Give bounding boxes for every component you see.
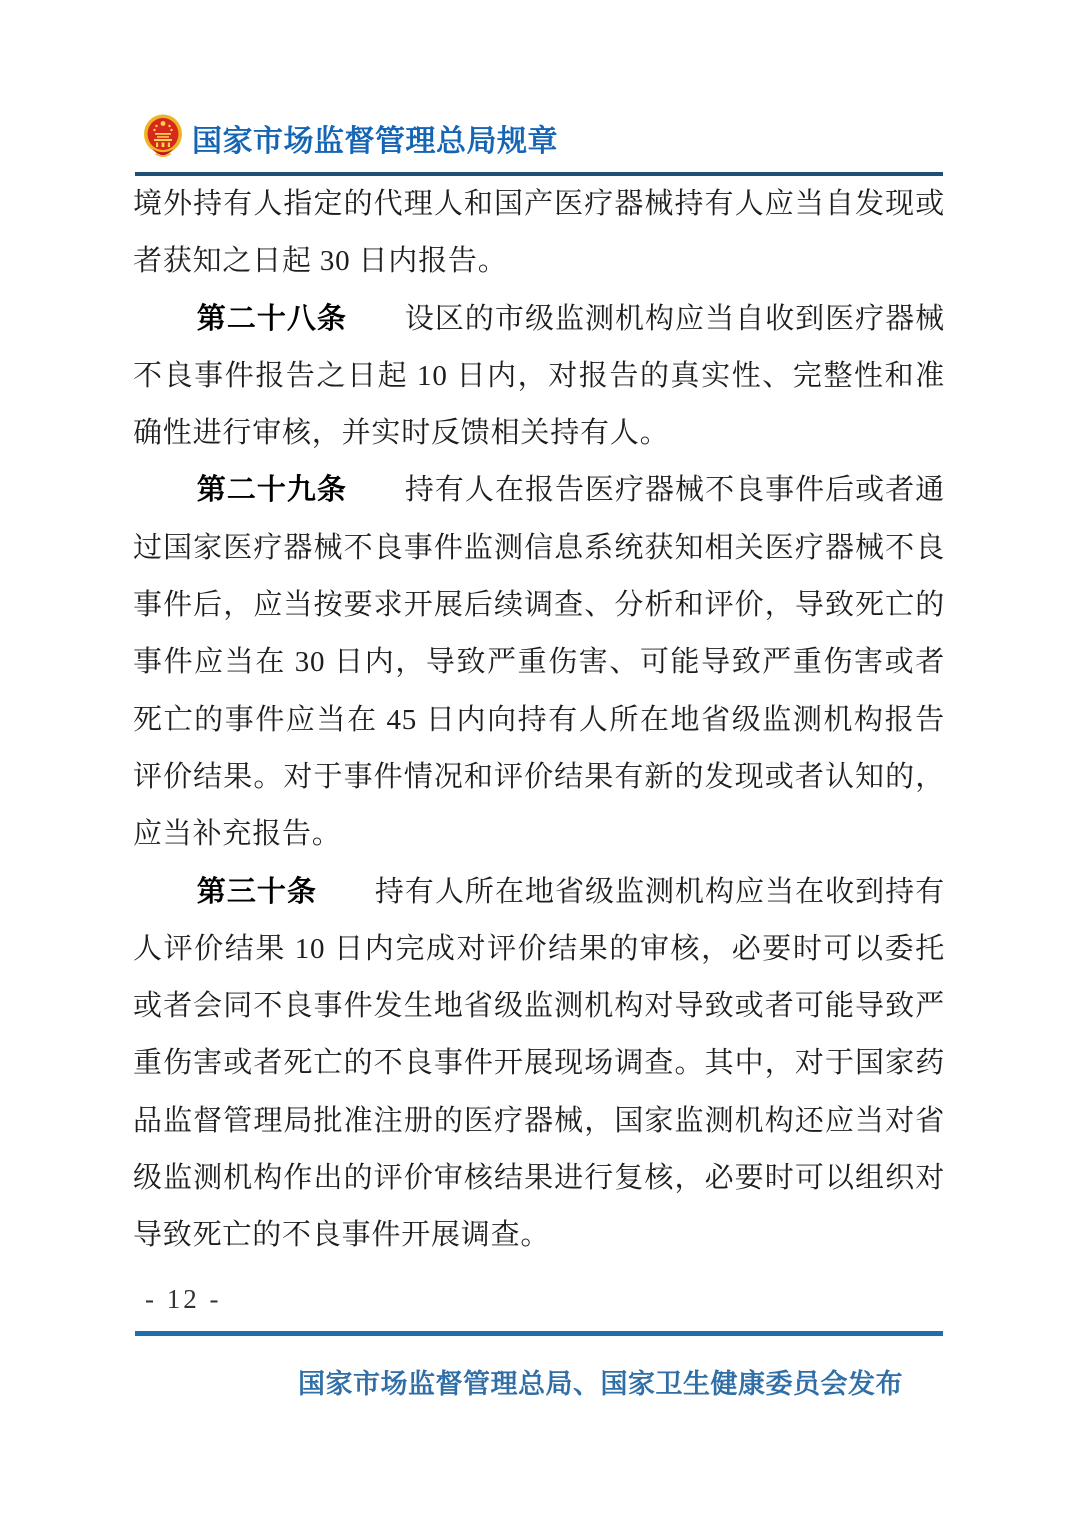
- page-title: 国家市场监督管理总局规章: [192, 116, 558, 160]
- national-emblem-icon: [143, 114, 183, 162]
- document-body: 境外持有人指定的代理人和国产医疗器械持有人应当自发现或者获知之日起 30 日内报…: [133, 176, 945, 1265]
- publisher-line: 国家市场监督管理总局、国家卫生健康委员会发布: [135, 1362, 943, 1401]
- paragraph-article-29: 第二十九条持有人在报告医疗器械不良事件后或者通过国家医疗器械不良事件监测信息系统…: [133, 462, 945, 863]
- document-page: 国家市场监督管理总局规章 境外持有人指定的代理人和国产医疗器械持有人应当自发现或…: [0, 0, 1074, 1520]
- article-number: 第三十条: [197, 876, 317, 908]
- paragraph-continuation: 境外持有人指定的代理人和国产医疗器械持有人应当自发现或者获知之日起 30 日内报…: [133, 176, 945, 291]
- paragraph-text: 境外持有人指定的代理人和国产医疗器械持有人应当自发现或者获知之日起 30 日内报…: [133, 188, 945, 277]
- document-header: 国家市场监督管理总局规章: [143, 114, 558, 162]
- paragraph-article-28: 第二十八条设区的市级监测机构应当自收到医疗器械不良事件报告之日起 10 日内，对…: [133, 291, 945, 463]
- article-number: 第二十八条: [197, 303, 347, 335]
- page-number: - 12 -: [145, 1284, 221, 1315]
- paragraph-text: 持有人所在地省级监测机构应当在收到持有人评价结果 10 日内完成对评价结果的审核…: [133, 876, 945, 1252]
- paragraph-text: 持有人在报告医疗器械不良事件后或者通过国家医疗器械不良事件监测信息系统获知相关医…: [133, 474, 945, 850]
- article-number: 第二十九条: [197, 474, 347, 506]
- paragraph-article-30: 第三十条持有人所在地省级监测机构应当在收到持有人评价结果 10 日内完成对评价结…: [133, 864, 945, 1265]
- footer-divider: [135, 1331, 943, 1336]
